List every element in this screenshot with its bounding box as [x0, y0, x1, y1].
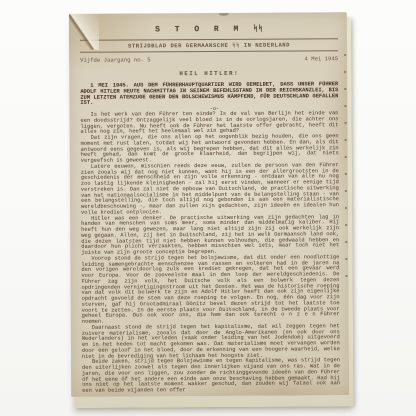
body-paragraph: Latere eeuwen, misschien reeds deze eeuw…: [81, 163, 339, 216]
issue-meta-row: Vijfde Jaargang no. 5 4 Mei 1945: [80, 55, 338, 64]
issue-date: 4 Mei 1945: [305, 55, 339, 62]
masthead-title-text: S T O R M: [155, 25, 243, 35]
ss-runes-icon: ᛋᛋ: [232, 43, 240, 49]
body-paragraph: Beide zaken, strijd tegen Bolsjewisme en…: [82, 358, 340, 394]
photo-background: S T O R M ᛋᛋ STRIJDBLAD DER GERMAANSCHE …: [0, 0, 416, 416]
masthead-subtitle-right: IN NEDERLAND: [244, 42, 290, 49]
masthead-rule-bottom: [80, 50, 338, 53]
paper-stain: [219, 12, 229, 16]
paragraph-list: Is het werk van den Führer ten einde? Is…: [80, 111, 340, 394]
paper-stack: S T O R M ᛋᛋ STRIJDBLAD DER GERMAANSCHE …: [69, 12, 351, 397]
body-paragraph: Dat zijn vragen, die ons allen op het oo…: [81, 134, 339, 164]
body-paragraph: Hitler was een denker. De practische uit…: [81, 215, 339, 257]
body-paragraph: Voorop stond de strijd tegen het bolsjew…: [81, 255, 339, 326]
article-body: 1 MEI 1945. AUS DEM FÜHRERHAUPTQUARTIER …: [80, 82, 340, 394]
ss-runes-icon: ᛋᛋ: [253, 24, 263, 33]
headline: HEIL HITLER!: [80, 69, 338, 78]
announcement-paragraph: 1 MEI 1945. AUS DEM FÜHRERHAUPTQUARTIER …: [80, 82, 338, 107]
body-paragraph: Is het werk van den Führer ten einde? Is…: [80, 111, 338, 136]
paper-edge-specks: [344, 54, 347, 284]
issue-number: Vijfde Jaargang no. 5: [80, 56, 151, 63]
document-page: S T O R M ᛋᛋ STRIJDBLAD DER GERMAANSCHE …: [69, 12, 349, 397]
body-paragraph: Daarnaast stond de strijd tegen het kapi…: [82, 324, 340, 360]
masthead-subtitle-left: STRIJDBLAD DER GERMAANSCHE: [128, 42, 228, 50]
paper-stain: [95, 344, 111, 352]
corner-fold-crease: [69, 14, 99, 50]
masthead-title: S T O R M ᛋᛋ: [80, 23, 338, 35]
